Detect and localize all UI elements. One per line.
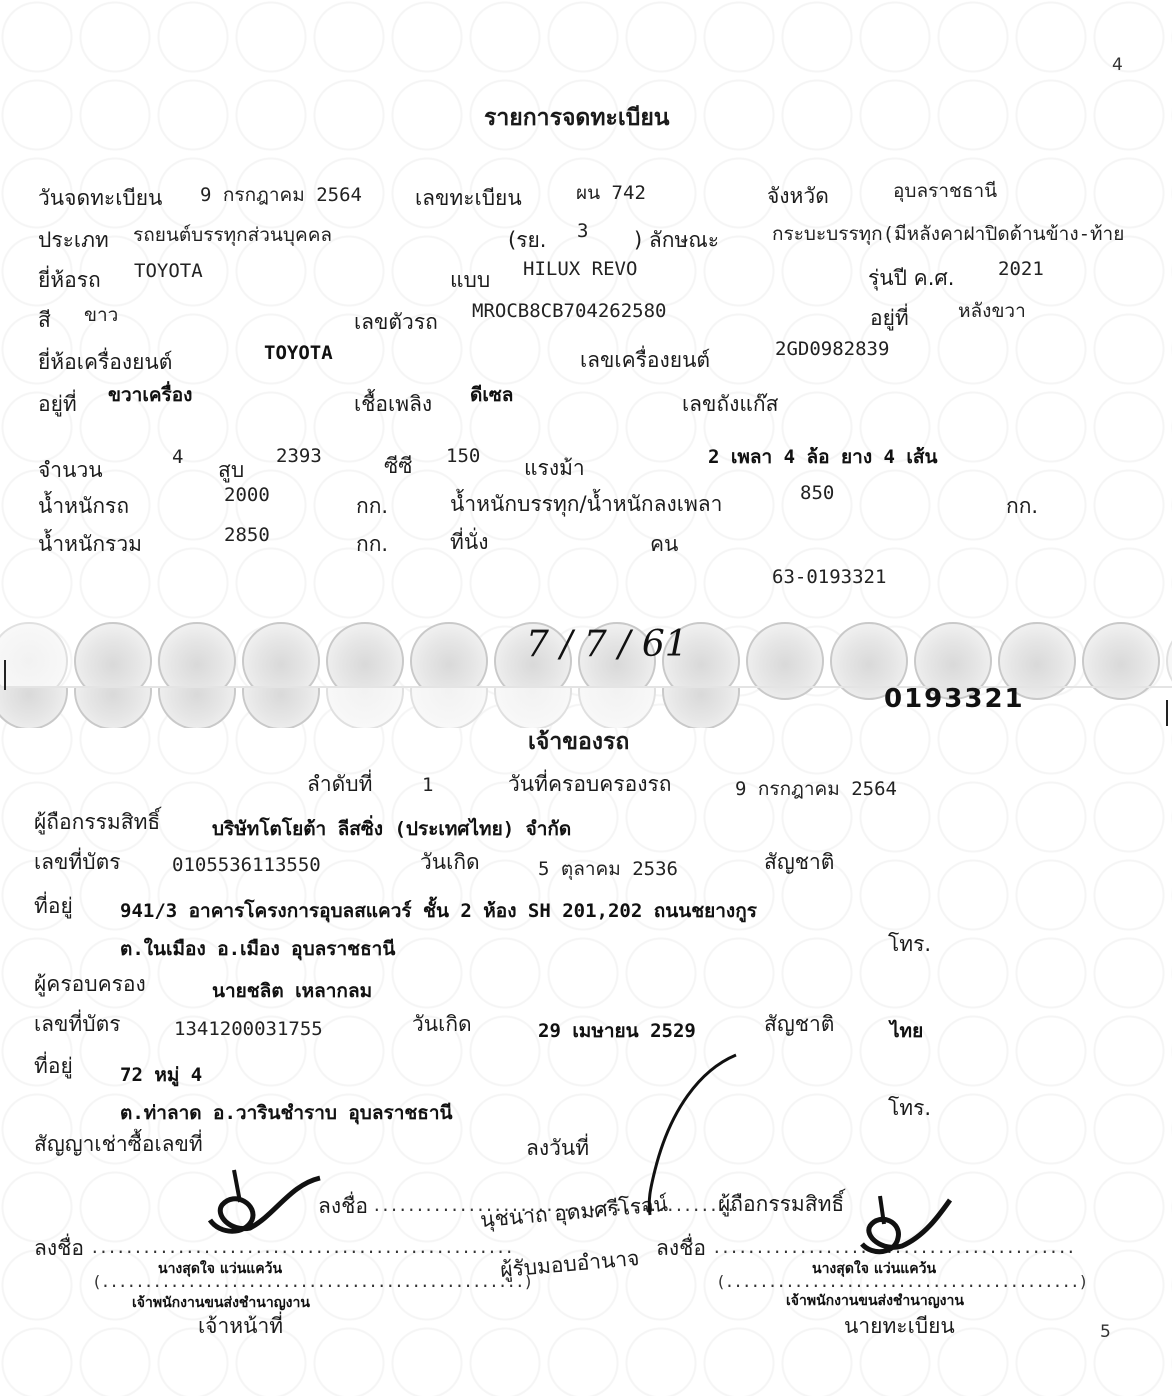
- signature-strokes: [0, 0, 1172, 1396]
